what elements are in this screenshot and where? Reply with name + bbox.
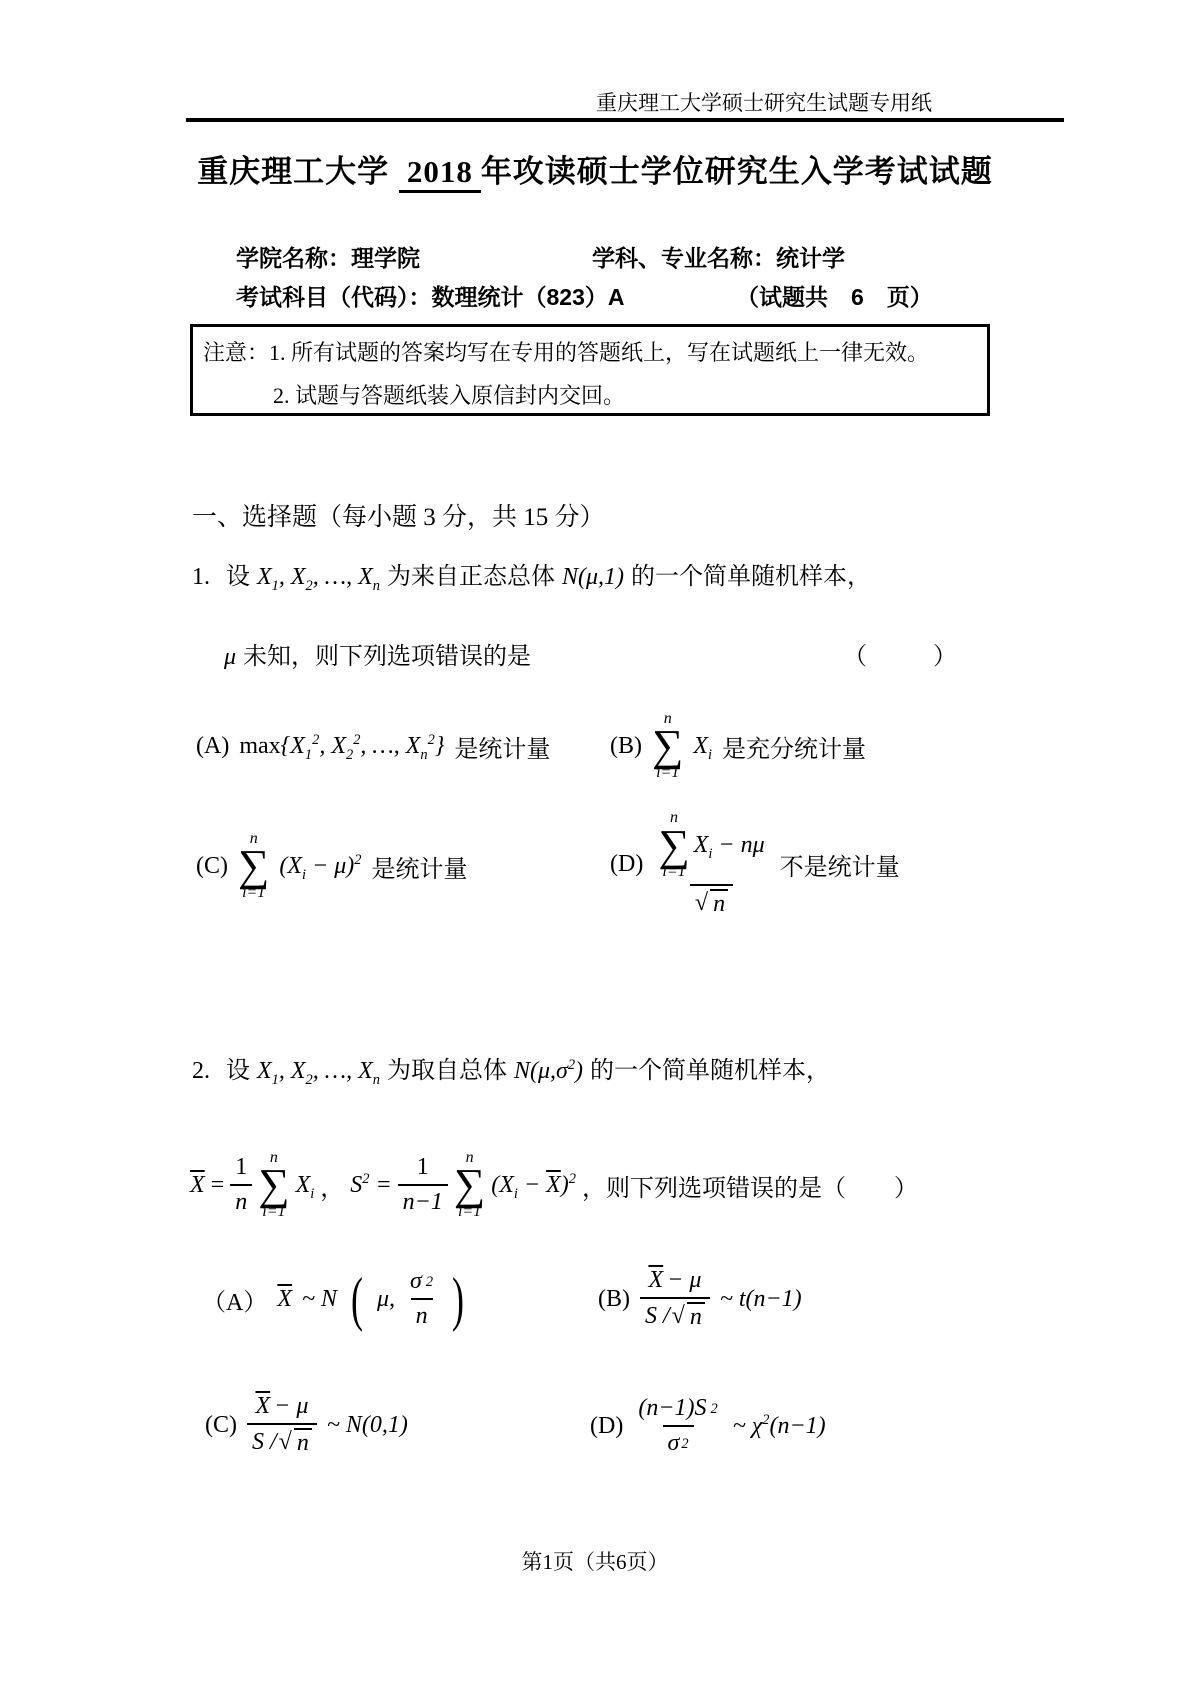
q1-stem-tail: 的一个简单随机样本， [631, 556, 871, 591]
section-1-heading: 一、选择题（每小题 3 分，共 15 分） [192, 497, 605, 533]
comma: ， [320, 1168, 344, 1203]
q2-option-b-rhs: ~ t(n−1) [720, 1286, 802, 1313]
q1-option-c: (C) n ∑ i=1 (Xi − μ)2 是统计量 [196, 795, 467, 937]
q1-answer-blank: （ ） [843, 636, 963, 671]
q2-option-c-label: (C) [205, 1412, 237, 1439]
header-rule [186, 118, 1064, 122]
sqrt-icon: √ [279, 1429, 292, 1456]
distributed-as-N: ~ N [302, 1286, 337, 1313]
equals-sign: = [211, 1172, 225, 1199]
sqrt-argument: n [710, 889, 728, 918]
sigma-squared-over-n: σ2 n [405, 1268, 438, 1330]
q1-option-d-numerator: Xi − nμ [694, 832, 765, 859]
xbar-symbol: X [277, 1286, 292, 1313]
summation-symbol: n ∑ i=1 [238, 831, 269, 902]
q2-stem-line-1: 2. 设 X1, X2, …, Xn 为取自总体 N(μ,σ2) 的一个简单随机… [192, 1050, 830, 1085]
title-post: 年攻读硕士学位研究生入学考试试题 [481, 154, 993, 189]
sigma-icon: ∑ [658, 827, 689, 864]
sqrt-argument: n [294, 1428, 312, 1457]
notice-line-2: 2. 试题与答题纸装入原信封内交回。 [273, 379, 987, 410]
q1-option-a-label: (A) [196, 733, 229, 760]
exam-paper-page: 重庆理工大学硕士研究生试题专用纸 重庆理工大学 2018年攻读硕士学位研究生入学… [0, 0, 1190, 1683]
q2-option-d: (D) (n−1)S2 σ2 ~ χ2(n−1) [590, 1380, 826, 1472]
sum-lower-limit: i=1 [242, 885, 265, 902]
q2-formula-term-1: Xi [296, 1172, 315, 1199]
q1-stem-line-1: 1. 设 X1, X2, …, Xn 为来自正态总体 N(μ,1) 的一个简单随… [192, 556, 871, 591]
summation-symbol: n ∑ i=1 [652, 711, 683, 782]
header-note: 重庆理工大学硕士研究生试题专用纸 [0, 87, 932, 117]
page-footer: 第1页（共6页） [0, 1546, 1190, 1576]
q2-option-b-fraction: X − μ S / √n [640, 1267, 710, 1331]
q2-option-a-label: （A） [202, 1282, 267, 1317]
info-exam-subject: 考试科目（代码）：数理统计（823）A [236, 279, 624, 312]
q1-number: 1. [192, 564, 210, 591]
sqrt-icon: √ [695, 890, 708, 917]
info-major-name: 学科、专业名称：统计学 [592, 240, 845, 273]
q2-option-b: (B) X − μ S / √n ~ t(n−1) [598, 1247, 802, 1351]
q2-option-d-label: (D) [590, 1413, 623, 1440]
sqrt-argument: n [687, 1302, 705, 1331]
sigma-icon: ∑ [652, 727, 683, 764]
one-over-n-minus-1-fraction: 1 n−1 [398, 1154, 448, 1216]
exam-title: 重庆理工大学 2018年攻读硕士学位研究生入学考试试题 [0, 146, 1190, 191]
q1-option-d: (D) n ∑ i=1 Xi − nμ √n 不是统计量 [610, 788, 900, 940]
q1-option-b-term: Xi [693, 733, 712, 760]
q2-sample-vars: X1, X2, …, Xn [257, 1058, 380, 1085]
q1-option-b: (B) n ∑ i=1 Xi 是充分统计量 [610, 688, 866, 804]
q1-stem-line-2: μ 未知，则下列选项错误的是 [224, 636, 531, 671]
q2-option-b-label: (B) [598, 1286, 630, 1313]
q1-stem-mid: 为来自正态总体 [387, 556, 555, 591]
q1-option-d-label: (D) [610, 851, 643, 878]
q2-stem-tail: 的一个简单随机样本， [590, 1050, 830, 1085]
title-year-underlined: 2018 [399, 154, 481, 193]
q2-option-c: (C) X − μ S / √n ~ N(0,1) [205, 1374, 408, 1476]
q2-formula-tail: ，则下列选项错误的是（ ） [582, 1168, 918, 1203]
q1-option-d-text: 不是统计量 [780, 847, 900, 882]
title-pre: 重庆理工大学 [197, 154, 389, 189]
q2-option-d-rhs: ~ χ2(n−1) [733, 1413, 826, 1440]
q2-option-a: （A） X ~ N ( μ, σ2 n ) [202, 1243, 468, 1355]
q2-number: 2. [192, 1058, 210, 1085]
q2-stem-mid: 为取自总体 [387, 1050, 507, 1085]
q1-stem-lead: 设 [226, 556, 250, 591]
sigma-icon: ∑ [238, 847, 269, 884]
q1-option-a-text: 是统计量 [454, 729, 550, 764]
max-function: max [239, 733, 280, 760]
sum-lower-limit: i=1 [656, 765, 679, 782]
q2-option-c-rhs: ~ N(0,1) [327, 1412, 408, 1439]
summation-symbol: n ∑ i=1 [258, 1150, 289, 1221]
notice-line-1: 注意：1. 所有试题的答案均写在专用的答题纸上，写在试题纸上一律无效。 [203, 336, 987, 367]
q2-stem-lead: 设 [226, 1050, 250, 1085]
q1-option-b-label: (B) [610, 733, 642, 760]
mu-comma: μ, [377, 1286, 395, 1313]
q2-formula-term-2: (Xi − X)2 [491, 1172, 576, 1199]
q2-option-d-fraction: (n−1)S2 σ2 [633, 1395, 722, 1457]
s-squared-equals: S2 = [350, 1172, 391, 1199]
q1-option-a-expression: {X12, X22, …, Xn2} [281, 733, 445, 760]
q1-stem-line-2-text: 未知，则下列选项错误的是 [243, 636, 531, 671]
summation-symbol: n ∑ i=1 [658, 810, 689, 881]
xbar-symbol: X [190, 1172, 205, 1199]
sum-lower-limit: i=1 [262, 1204, 285, 1221]
sigma-icon: ∑ [258, 1166, 289, 1203]
q2-distribution: N(μ,σ2) [514, 1058, 583, 1085]
q1-option-b-text: 是充分统计量 [722, 729, 866, 764]
q1-sample-vars: X1, X2, …, Xn [257, 564, 380, 591]
q1-distribution: N(μ,1) [562, 564, 624, 591]
one-over-n-fraction: 1 n [230, 1154, 252, 1216]
info-college-name: 学院名称：理学院 [236, 240, 420, 273]
q1-option-a: (A) max{X12, X22, …, Xn2} 是统计量 [196, 698, 550, 794]
sum-lower-limit: i=1 [662, 864, 685, 881]
q1-option-c-label: (C) [196, 853, 228, 880]
q1-option-c-text: 是统计量 [371, 849, 467, 884]
sigma-icon: ∑ [454, 1166, 485, 1203]
notice-box: 注意：1. 所有试题的答案均写在专用的答题纸上，写在试题纸上一律无效。 2. 试… [190, 324, 990, 416]
summation-symbol: n ∑ i=1 [454, 1150, 485, 1221]
info-page-count: （试题共 6 页） [736, 279, 933, 312]
sum-lower-limit: i=1 [458, 1204, 481, 1221]
q2-option-c-fraction: X − μ S / √n [247, 1393, 317, 1457]
sqrt-icon: √ [672, 1303, 685, 1330]
q1-mu-symbol: μ [224, 644, 236, 671]
q1-option-c-term: (Xi − μ)2 [279, 853, 361, 880]
q2-formula-line: X = 1 n n ∑ i=1 Xi ， S2 = 1 n−1 n ∑ i=1 … [190, 1133, 918, 1237]
q1-option-d-fraction: n ∑ i=1 Xi − nμ √n [653, 810, 769, 918]
